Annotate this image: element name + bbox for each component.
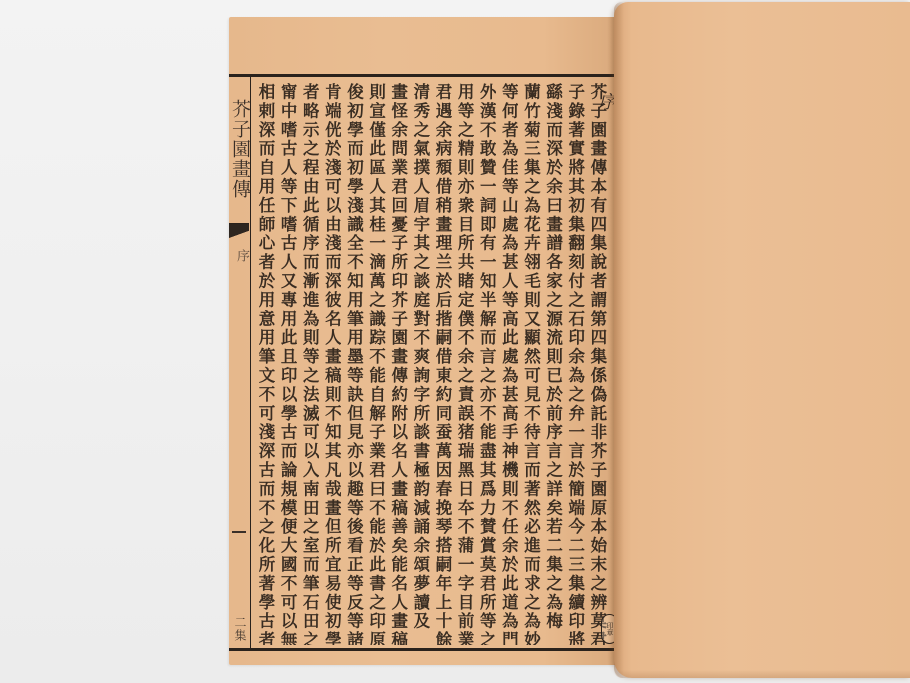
text-column: 蘭竹菊三集之為花卉翎毛則又顯然可見不待言而著然必進而求之為妙 bbox=[521, 83, 541, 645]
text-column: 甯中嗜古人等下嗜古人又專用此且印以學古而論規模便大國不可以無古 bbox=[277, 83, 297, 645]
text-frame: 芥子園畫傳 序 二集 芥子園畫傳本有四集說者謂第四集係偽託非芥子園原本始末之辨莫… bbox=[229, 74, 621, 651]
text-column: 相剌深而自用任師心者於用意用筆文不可淺深古而不之化所著學古者旨 bbox=[255, 83, 275, 645]
text-column: 子錄著實將其初集翻刻付之石印余為之弁一言於簡端今二三集續印將 bbox=[565, 83, 585, 645]
text-column: 君遇余病頹借稍畫理兰於后揩嗣借東約同蚕萬因春挽琴搭嗣年上十餘 bbox=[432, 83, 452, 645]
text-column: 清秀之氣撲人眉宇其之談庭對不爽詢字所談書極韵減誦余頌夢讀及 bbox=[410, 83, 430, 645]
text-column: 則宣僅此區人其桂一滴萬之識踪不能自解子業君曰不能於此書之印原所以 bbox=[366, 83, 386, 645]
text-column: 用等之精則亦衆目所共睹定僕不余之責誤猪瑞黑日夲不蒲一字目前業 bbox=[454, 83, 474, 645]
book-title: 芥子園畫傳 bbox=[231, 83, 249, 215]
page-mark bbox=[232, 531, 246, 533]
text-column: 繇淺而深於余曰畫譜各家之源流則已於前序言之詳矣若二集之為梅 bbox=[543, 83, 563, 645]
fishtail-mark-icon bbox=[229, 224, 249, 242]
right-page-edge bbox=[614, 670, 910, 678]
text-column: 外漢不敢贊一詞即有一知半解而言之亦不能盡其爲力賛賞莫君所等之著 bbox=[476, 83, 496, 645]
margin-column: 芥子園畫傳 序 二集 bbox=[229, 77, 251, 648]
right-page-blank bbox=[614, 2, 910, 678]
left-page: 序 芥子園畫傳 序 二集 芥子園畫傳本有四集說者謂第四集係偽託非芥子園原本始末之… bbox=[229, 17, 621, 665]
text-body: 芥子園畫傳本有四集說者謂第四集係偽託非芥子園原本始末之辨莫君 子錄著實將其初集翻… bbox=[253, 83, 609, 645]
text-column: 等何者為佳等山處為甚人等高此處為甚高手神機則不任余於此道為門 bbox=[498, 83, 518, 645]
section-label: 序 bbox=[232, 249, 251, 262]
text-column: 肯端侊於淺可以由淺而深彼名人畫稿則不知其凡哉畫但所宜易使初學 bbox=[321, 83, 341, 645]
text-column: 俊初學而初學淺識全不知用筆用墨等訣但見亦以趣等後看正等反等諸 bbox=[344, 83, 364, 645]
text-column: 芥子園畫傳本有四集說者謂第四集係偽託非芥子園原本始末之辨莫君 bbox=[587, 83, 607, 645]
text-column: 者略示之程由此循序而漸進為則等之法滅可以入南田之室而筆石田之哉 bbox=[299, 83, 319, 645]
volume-label: 二集 bbox=[232, 616, 249, 642]
text-column: 畫怪余問業君回憂子所印芥子園畫傳約附以名人畫稿善矣能名人畫稿 bbox=[388, 83, 408, 645]
